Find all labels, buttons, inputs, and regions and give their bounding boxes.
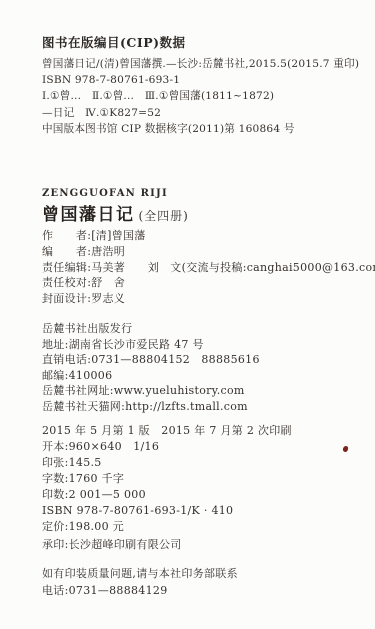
volume-note: (全四册) <box>139 209 189 223</box>
cip-line-registry-number: 中国版本图书馆 CIP 数据核字(2011)第 160864 号 <box>42 121 359 137</box>
publisher-name: 岳麓书社出版发行 <box>42 321 359 337</box>
page-content: 图书在版编目(CIP)数据 曾国藩日记/(清)曾国藩撰.—长沙:岳麓书社,201… <box>0 0 375 599</box>
publisher-postcode: 邮编:410006 <box>42 368 359 384</box>
cip-line-isbn: ISBN 978-7-80761-693-1 <box>42 72 359 88</box>
cip-line-classification-1: Ⅰ.①曾... Ⅱ.①曾... Ⅲ.①曾国藩(1811~1872) <box>42 88 359 104</box>
quality-notice-block: 如有印装质量问题,请与本社印务部联系 电话:0731—88884129 <box>42 565 359 599</box>
publisher-tmall-store: 岳麓书社天猫网:http://lzfts.tmall.com <box>42 399 359 415</box>
credit-editor: 编 者:唐浩明 <box>42 244 359 260</box>
credit-cover-designer: 封面设计:罗志义 <box>42 291 359 307</box>
romanized-title: ZENGGUOFAN RIJI <box>42 187 359 201</box>
printing-info-block: 2015 年 5 月第 1 版 2015 年 7 月第 2 次印刷 开本:960… <box>42 423 359 535</box>
credit-proofreader: 责任校对:舒 舍 <box>42 275 359 291</box>
edition-impression: 2015 年 5 月第 1 版 2015 年 7 月第 2 次印刷 <box>42 423 359 439</box>
cip-line-classification-2: —日记 Ⅳ.①K827=52 <box>42 105 359 121</box>
publisher-block: 岳麓书社出版发行 地址:湖南省长沙市爱民路 47 号 直销电话:0731—888… <box>42 321 359 415</box>
format-size: 开本:960×640 1/16 <box>42 439 359 455</box>
list-price: 定价:198.00 元 <box>42 519 359 535</box>
publisher-sales-phone: 直销电话:0731—88804152 88885616 <box>42 352 359 368</box>
copyright-page: 图书在版编目(CIP)数据 曾国藩日记/(清)曾国藩撰.—长沙:岳麓书社,201… <box>0 0 375 629</box>
cip-header: 图书在版编目(CIP)数据 <box>42 34 359 52</box>
quality-notice-text: 如有印装质量问题,请与本社印务部联系 <box>42 565 359 582</box>
cip-data-block: 图书在版编目(CIP)数据 曾国藩日记/(清)曾国藩撰.—长沙:岳麓书社,201… <box>42 34 359 137</box>
printer-company: 承印:长沙超峰印刷有限公司 <box>42 537 359 553</box>
credit-author: 作 者:[清]曾国藩 <box>42 228 359 244</box>
publisher-website: 岳麓书社网址:www.yueluhistory.com <box>42 383 359 399</box>
book-title: 曾国藩日记 <box>42 205 135 225</box>
cip-line-bibliographic: 曾国藩日记/(清)曾国藩撰.—长沙:岳麓书社,2015.5(2015.7 重印) <box>42 56 359 72</box>
publisher-address: 地址:湖南省长沙市爱民路 47 号 <box>42 337 359 353</box>
title-line: 曾国藩日记(全四册) <box>42 203 359 228</box>
credits-block: 作 者:[清]曾国藩 编 者:唐浩明 责任编辑:马美著 刘 文(交流与投稿:ca… <box>42 228 359 307</box>
word-count: 字数:1760 千字 <box>42 471 359 487</box>
quality-notice-phone: 电话:0731—88884129 <box>42 582 359 599</box>
print-run: 印数:2 001—5 000 <box>42 487 359 503</box>
isbn-price-code: ISBN 978-7-80761-693-1/K · 410 <box>42 503 359 519</box>
credit-managing-editors: 责任编辑:马美著 刘 文(交流与投稿:canghai5000@163.com) <box>42 260 359 276</box>
printed-sheets: 印张:145.5 <box>42 455 359 471</box>
